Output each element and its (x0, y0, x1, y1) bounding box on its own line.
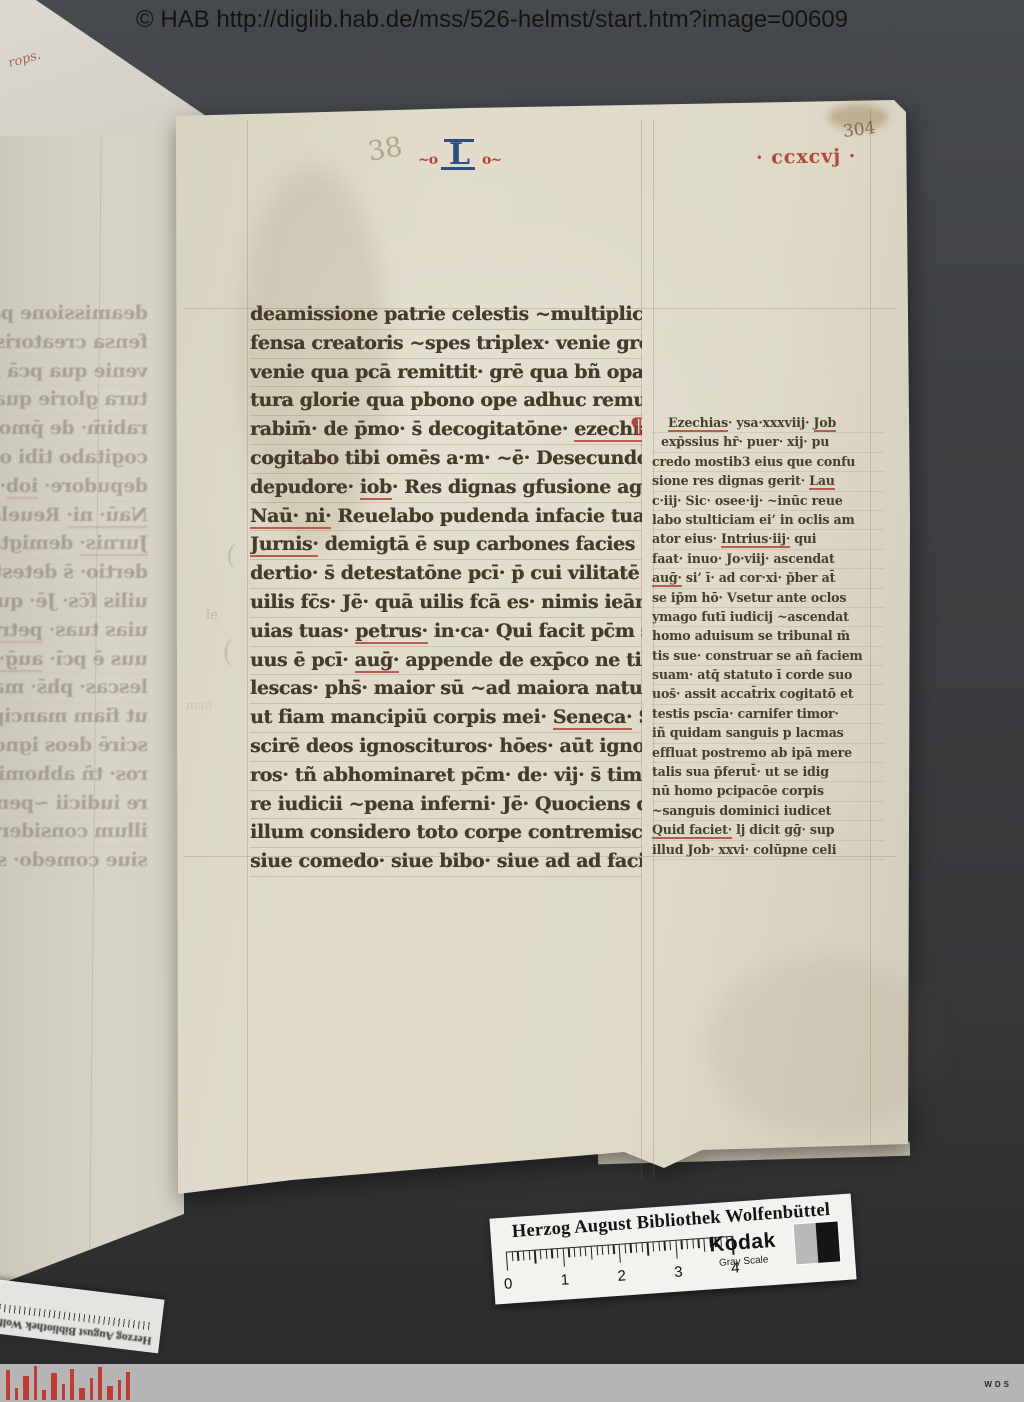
manuscript-line: fensa creatoris ~spes triplex· venie grē… (250, 330, 642, 359)
text-segment: labo stulticiam ei’ in oclis am (652, 512, 855, 527)
text-segment: uias tuas· (250, 620, 355, 642)
registration-bar (6, 1370, 10, 1400)
ruler-tick (613, 1245, 615, 1254)
grayscale-patch-light (794, 1223, 819, 1264)
ruler-tick (630, 1244, 632, 1253)
ruler-tick (517, 1252, 519, 1261)
rubricated-text: Quid faciet· (652, 822, 732, 839)
margin-note: ( (221, 634, 235, 670)
registration-bar (62, 1384, 65, 1400)
ruler-tick (596, 1246, 598, 1255)
text-segment: scirē deos ignoscituros· hōes· aūt ignor… (250, 735, 642, 757)
manuscript-line: ~sanguis dominici iudicet (652, 802, 884, 821)
corner-mark: WDS (984, 1380, 1012, 1389)
text-segment: ut fiam mancipiū corpis mei· (0, 705, 148, 727)
ruler-tick (534, 1251, 536, 1264)
registration-marks (6, 1366, 130, 1400)
registration-bar (90, 1378, 93, 1400)
manuscript-line: re iudicii ~pena inferni· Jē· Quociens d… (0, 790, 148, 819)
text-segment: se ip̄m hō· Vsetur ante oclos (652, 590, 846, 605)
registration-bar (42, 1390, 46, 1400)
manuscript-line: sione res dignas gerit· Lau (652, 472, 884, 491)
ruler-tick (528, 1251, 530, 1260)
ruler-number: 0 (503, 1275, 513, 1293)
manuscript-line: talis sua p̄ferut̄· ut se idig (652, 763, 884, 782)
manuscript-line: illum considero toto corpe contremisco· … (0, 818, 148, 847)
manuscript-line: cogitabo tibi omēs a·m· ~ē· Desecundo· s… (0, 444, 148, 473)
text-segment: tura glorie qua pbono ope adhuc remune (250, 389, 642, 411)
text-segment: illum considero toto corpe contremisco· … (0, 820, 148, 842)
rubricated-text: auḡ· (652, 570, 682, 587)
text-segment: nū homo pcipacōe corpis (652, 783, 824, 798)
text-segment: ~sanguis dominici iudicet (652, 803, 831, 818)
manuscript-line: c·iij· Sic· osee·ij· ~inūc reue (652, 492, 884, 511)
text-segment: faat· inuo· Jo·viij· ascendat (652, 551, 835, 566)
text-segment: rabim̄· de p̄mo· s̄ decogitatōne· (0, 417, 148, 439)
ruler-tick (607, 1245, 609, 1254)
kodak-wordmark: Kodak (708, 1229, 776, 1258)
ruler-tick (698, 1239, 700, 1248)
rubricated-text: Lau (809, 473, 835, 490)
text-segment: depudore· (250, 476, 360, 498)
ruler-tick (540, 1250, 542, 1259)
manuscript-line: tura glorie qua pbono ope adhuc remune (250, 387, 642, 416)
registration-bar (70, 1369, 74, 1400)
ruler-tick (641, 1243, 643, 1252)
text-segment: · ysa·xxxviij· (728, 415, 813, 430)
registration-bar (34, 1366, 37, 1400)
text-segment: re iudicii ~pena inferni· Jē· Quociens d… (250, 793, 642, 815)
text-segment: uus ē pcī· (250, 649, 355, 671)
rubricated-text: Jurnis· (250, 533, 318, 557)
text-segment: · Res dignas gfusione agunt· (0, 475, 6, 497)
manuscript-line: lescas· phs̄· maior sū ~ad maiora natus·… (250, 675, 642, 704)
manuscript-line: venie qua pcā remittit· grē qua bñ opa (0, 358, 148, 387)
manuscript-line: testis pscīa· carnifer timor· (652, 705, 884, 724)
kodak-brand: Kodak Gray Scale (708, 1229, 777, 1270)
ruler-tick (506, 1253, 509, 1271)
manuscript-line: Jurnis· demigtā ē sup carbones facies eo… (0, 530, 148, 559)
manuscript-line: illum considero toto corpe contremisco· … (250, 819, 642, 848)
manuscript-line: uilis fc̄s· Jē· quā uilis fcā es· nimis … (250, 589, 642, 618)
manuscript-line: re iudicii ~pena inferni· Jē· Quociens d… (250, 791, 642, 820)
manuscript-line: suam· atq̄ statuto ī corde suo (652, 666, 884, 685)
caption-strip (0, 1364, 1024, 1402)
manuscript-line: labo stulticiam ei’ in oclis am (652, 511, 884, 530)
header-flourish-right: o~ (482, 152, 501, 168)
text-segment: uias tuas· (43, 619, 148, 641)
manuscript-line: exp̄ssius hr̄· puer· xij· pu (652, 433, 884, 452)
manuscript-line: lescas· phs̄· maior sū ~ad maiora natus·… (0, 674, 148, 703)
registration-bar (107, 1386, 113, 1400)
rubricated-text: iob (360, 476, 392, 500)
caption-text: © HAB http://diglib.hab.de/mss/526-helms… (0, 6, 984, 34)
text-column-right: Ezechias· ysa·xxxviij· Jobexp̄ssius hr̄·… (652, 414, 884, 840)
rubricated-text: Intrius·iij· (721, 531, 790, 548)
manuscript-line: Ezechias· ysa·xxxviij· Job (652, 414, 884, 433)
text-segment: tis sue· construar se añ faciem (652, 648, 863, 663)
manuscript-line: ros· tñ abhominaret pc̄m· de· vij· s̄ ti… (250, 762, 642, 791)
ruler-tick (523, 1251, 525, 1260)
text-segment: cogitabo tibi omēs a·m· ~ē· Desecundo· s… (0, 446, 148, 468)
manuscript-line: uus ē pcī· auḡ· appende de exp̄co ne tib… (250, 647, 642, 676)
manuscript-line: venie qua pcā remittit· grē qua bñ opa (250, 359, 642, 388)
manuscript-line: tis sue· construar se añ faciem (652, 647, 884, 666)
text-segment: uilis fc̄s· Jē· quā uilis fcā es· nimis … (250, 591, 642, 613)
manuscript-line: effluat postremo ab ipā mere (652, 744, 884, 763)
manuscript-line: uilis fc̄s· Jē· quā uilis fcā es· nimis … (0, 588, 148, 617)
manuscript-line: Quid faciet· lj dicit gḡ· sup (652, 821, 884, 840)
ruler-tick (669, 1241, 671, 1250)
manuscript-line: se ip̄m hō· Vsetur ante oclos (652, 589, 884, 608)
folio-number-roman: · ccxcvj · (756, 145, 857, 169)
manuscript-line: tura glorie qua pbono ope adhuc remune (0, 386, 148, 415)
ruler-tick (703, 1239, 705, 1252)
text-segment: siue comedo· siue bibo· siue ad ad facio… (0, 849, 148, 871)
grayscale-patch-dark (816, 1221, 841, 1262)
text-segment: effluat postremo ab ipā mere (652, 745, 852, 760)
rubricated-text: Naū· ni· (67, 504, 148, 528)
rubricated-text: auḡ· (0, 648, 43, 672)
ruler-tick (681, 1240, 683, 1249)
text-segment: deamissione patrie celestis ~multiplicio… (250, 303, 642, 325)
text-segment: uus ē pcī· (43, 648, 148, 670)
manuscript-line: uus ē pcī· auḡ· appende de exp̄co ne tib… (0, 646, 148, 675)
text-segment: tura glorie qua pbono ope adhuc remune (0, 388, 148, 410)
text-segment: Reuelabo pudenda infacie tua· iē (331, 505, 642, 527)
ruler-tick (675, 1241, 678, 1259)
ruler-tick (647, 1243, 649, 1256)
manuscript-line: siue comedo· siue bibo· siue ad ad facio… (0, 847, 148, 876)
text-segment: credo mostib3 eius que confu (652, 454, 855, 469)
ruler-tick (658, 1242, 660, 1251)
text-segment: suam· atq̄ statuto ī corde suo (652, 667, 852, 682)
ruler-tick (511, 1252, 513, 1261)
text-segment: deamissione patrie celestis ~multiplicio… (0, 302, 148, 324)
running-title-letter: L (449, 140, 470, 170)
ruler-tick (624, 1244, 626, 1253)
manuscript-line: cogitabo tibi omēs a·m· ~ē· Desecundo· s… (250, 445, 642, 474)
text-column-left: deamissione patrie celestis ~multiplicio… (250, 301, 642, 859)
manuscript-line: depudore· iob· Res dignas gfusione agunt… (250, 474, 642, 503)
text-segment: qui (790, 531, 816, 546)
manuscript-line: Naū· ni· Reuelabo pudenda infacie tua· i… (0, 502, 148, 531)
text-segment: re iudicii ~pena inferni· Jē· Quociens d… (0, 792, 148, 814)
parchment-stain (708, 956, 938, 1136)
text-segment: exp̄ssius hr̄· puer· xij· pu (661, 434, 829, 449)
text-segment: ros· tñ abhominaret pc̄m· de· vij· s̄ ti… (0, 763, 148, 785)
grayscale-patch (793, 1220, 842, 1265)
registration-bar (79, 1388, 85, 1400)
ruler-tick (562, 1249, 565, 1267)
manuscript-line: ut fiam mancipiū corpis mei· Seneca· Si (250, 704, 642, 733)
text-segment: siue comedo· siue bibo· siue ad ad facio… (250, 850, 642, 872)
manuscript-line: scirē deos ignoscituros· hōes· aūt ignor… (250, 733, 642, 762)
registration-bar (126, 1372, 130, 1400)
ruler-tick (545, 1250, 547, 1259)
column-ruling-left (247, 120, 248, 1184)
text-segment: fensa creatoris ~spes triplex· venie grē… (250, 332, 642, 354)
text-segment: lescas· phs̄· maior sū ~ad maiora natus·… (250, 677, 642, 699)
text-segment: ut fiam mancipiū corpis mei· (250, 706, 553, 728)
text-segment: rabim̄· de p̄mo· s̄ decogitatōne· (250, 418, 574, 440)
text-segment: testis pscīa· carnifer timor· (652, 706, 839, 721)
ruler-tick (692, 1240, 694, 1249)
ruler-number: 2 (617, 1267, 627, 1285)
manuscript-line: siue comedo· siue bibo· siue ad ad facio… (250, 848, 642, 877)
header-flourish-left: ~o (418, 152, 437, 168)
text-segment: Si (632, 706, 642, 728)
text-segment: illum considero toto corpe contremisco· … (250, 821, 642, 843)
ruler-tick (574, 1248, 576, 1257)
showthrough-text: deamissione patrie celestis ~multiplicio… (0, 300, 148, 888)
text-segment: cogitabo tibi omēs a·m· ~ē· Desecundo· s… (250, 447, 642, 469)
registration-bar (98, 1367, 102, 1400)
flipped-ruler-label: Herzog August Bibliothek Wolfenbüttel (0, 1277, 165, 1354)
ruler-tick (619, 1245, 622, 1263)
manuscript-line: homo aduisum se tribunal m̄ (652, 627, 884, 646)
text-segment: homo aduisum se tribunal m̄ (652, 628, 850, 643)
registration-bar (23, 1376, 29, 1400)
ruler-number: 1 (560, 1271, 570, 1289)
text-segment: demigtā ē sup carbones facies eor (318, 533, 642, 555)
scale-ruler-label: Herzog August Bibliothek Wolfenbüttel 01… (489, 1193, 856, 1304)
registration-bar (15, 1388, 18, 1400)
manuscript-line: ymago futī iudicij ~ascendat (652, 608, 884, 627)
text-segment: scirē deos ignoscituros· hōes· aūt ignor… (0, 734, 148, 756)
manuscript-line: fensa creatoris ~spes triplex· venie grē… (0, 329, 148, 358)
ruler-tick (557, 1249, 559, 1258)
rubricated-text: Ezechias (668, 415, 728, 432)
manuscript-line: dertio· s̄ detestatōne pcī· p̄ cui vilit… (250, 560, 642, 589)
ruler-number: 3 (674, 1263, 684, 1281)
text-segment: si’ ī· ad cor·xi· p̄ber at̄ (682, 570, 836, 585)
text-segment: uos̄· assit accat̄rix cogitatō et (652, 686, 853, 701)
rubricated-text: auḡ· (355, 649, 399, 673)
ruler-tick (664, 1242, 666, 1251)
ruler-tick (568, 1248, 570, 1257)
manuscript-line: scirē deos ignoscituros· hōes· aūt ignor… (0, 732, 148, 761)
ruler-tick (590, 1247, 592, 1260)
manuscript-line: rabim̄· de p̄mo· s̄ decogitatōne· ezechi… (0, 415, 148, 444)
ruler-tick (686, 1240, 688, 1249)
registration-bar (118, 1380, 121, 1400)
manuscript-line: uias tuas· petrus· in·ca· Qui facit pc̄m… (250, 618, 642, 647)
rubricated-text: Naū· ni· (250, 505, 331, 529)
rubricated-text: petrus· (0, 619, 43, 643)
manuscript-line: deamissione patrie celestis ~multiplicio… (250, 301, 642, 330)
ruler-tick (636, 1244, 638, 1253)
margin-note: le (206, 608, 218, 623)
rubricated-text: Job (814, 415, 837, 432)
text-segment: ros· tñ abhominaret pc̄m· de· vij· s̄ ti… (250, 764, 642, 786)
registration-bar (51, 1373, 57, 1400)
ruler-tick (653, 1242, 655, 1251)
ruler-tick (551, 1249, 553, 1258)
text-segment: uilis fc̄s· Jē· quā uilis fcā es· nimis … (0, 590, 148, 612)
text-segment: depudore· (38, 475, 148, 497)
text-segment: appende de exp̄co ne tibi vi (399, 649, 642, 671)
margin-note: man (186, 698, 212, 712)
photograph-backdrop: rops. deamissione patrie celestis ~multi… (0, 0, 1024, 1402)
text-segment: venie qua pcā remittit· grē qua bñ opa (0, 360, 148, 382)
text-segment: dertio· s̄ detestatōne pcī· p̄ cui vilit… (0, 561, 148, 583)
manuscript-line: faat· inuo· Jo·viij· ascendat (652, 550, 884, 569)
text-segment: illud Job· xxvi· colūpne celi (652, 842, 836, 857)
manuscript-line: iñ quidam sanguis p lacmas (652, 724, 884, 743)
text-segment: ymago futī iudicij ~ascendat (652, 609, 849, 624)
manuscript-line: uos̄· assit accat̄rix cogitatō et (652, 685, 884, 704)
manuscript-line: auḡ· si’ ī· ad cor·xi· p̄ber at̄ (652, 569, 884, 588)
rubricated-text: iob (6, 475, 38, 499)
text-segment: talis sua p̄ferut̄· ut se idig (652, 764, 829, 779)
text-segment: lj dicit gḡ· sup (732, 822, 834, 837)
manuscript-line: deamissione patrie celestis ~multiplicio… (0, 300, 148, 329)
text-segment: Reuelabo pudenda infacie tua· iē (0, 504, 67, 526)
text-segment: c·iij· Sic· osee·ij· ~inūc reue (652, 493, 843, 508)
text-segment: in·ca· Qui facit pc̄m ser (428, 620, 642, 642)
manuscript-line: ator eius· Intrius·iij· qui (652, 530, 884, 549)
quire-pencil-number: 38 (366, 131, 405, 167)
text-segment: venie qua pcā remittit· grē qua bñ opa (250, 361, 642, 383)
text-segment: lescas· phs̄· maior sū ~ad maiora natus·… (0, 676, 148, 698)
manuscript-line: Jurnis· demigtā ē sup carbones facies eo… (250, 531, 642, 560)
folio-number-pencil: 304 (842, 118, 877, 142)
paragraph-mark: ¶ (630, 413, 643, 438)
manuscript-line: ros· tñ abhominaret pc̄m· de· vij· s̄ ti… (0, 761, 148, 790)
text-segment: sione res dignas gerit· (652, 473, 809, 488)
manuscript-line: credo mostib3 eius que confu (652, 453, 884, 472)
manuscript-line: uias tuas· petrus· in·ca· Qui facit pc̄m… (0, 617, 148, 646)
text-segment: demigtā ē sup carbones facies eor (0, 532, 80, 554)
manuscript-line: nū homo pcipacōe corpis (652, 782, 884, 801)
manuscript-line: rabim̄· de p̄mo· s̄ decogitatōne· ezechi… (250, 416, 642, 445)
text-segment: iñ quidam sanguis p lacmas (652, 725, 844, 740)
ruler-tick (579, 1247, 581, 1256)
manuscript-line: illud Job· xxvi· colūpne celi (652, 841, 884, 860)
ruler-tick (585, 1247, 587, 1256)
ruler-tick (602, 1246, 604, 1255)
manuscript-line: Naū· ni· Reuelabo pudenda infacie tua· i… (250, 503, 642, 532)
text-segment: fensa creatoris ~spes triplex· venie grē… (0, 331, 148, 353)
text-segment: dertio· s̄ detestatōne pcī· p̄ cui vilit… (250, 562, 642, 584)
manuscript-line: depudore· iob· Res dignas gfusione agunt… (0, 473, 148, 502)
rubricated-text: petrus· (355, 620, 428, 644)
rubricated-text: Jurnis· (80, 532, 148, 556)
manuscript-line: dertio· s̄ detestatōne pcī· p̄ cui vilit… (0, 559, 148, 588)
manuscript-line: ut fiam mancipiū corpis mei· Seneca· Si (0, 703, 148, 732)
text-segment: · Res dignas gfusione agunt· (392, 476, 642, 498)
text-segment: ator eius· (652, 531, 721, 546)
rubricated-text: Seneca· (553, 706, 632, 730)
